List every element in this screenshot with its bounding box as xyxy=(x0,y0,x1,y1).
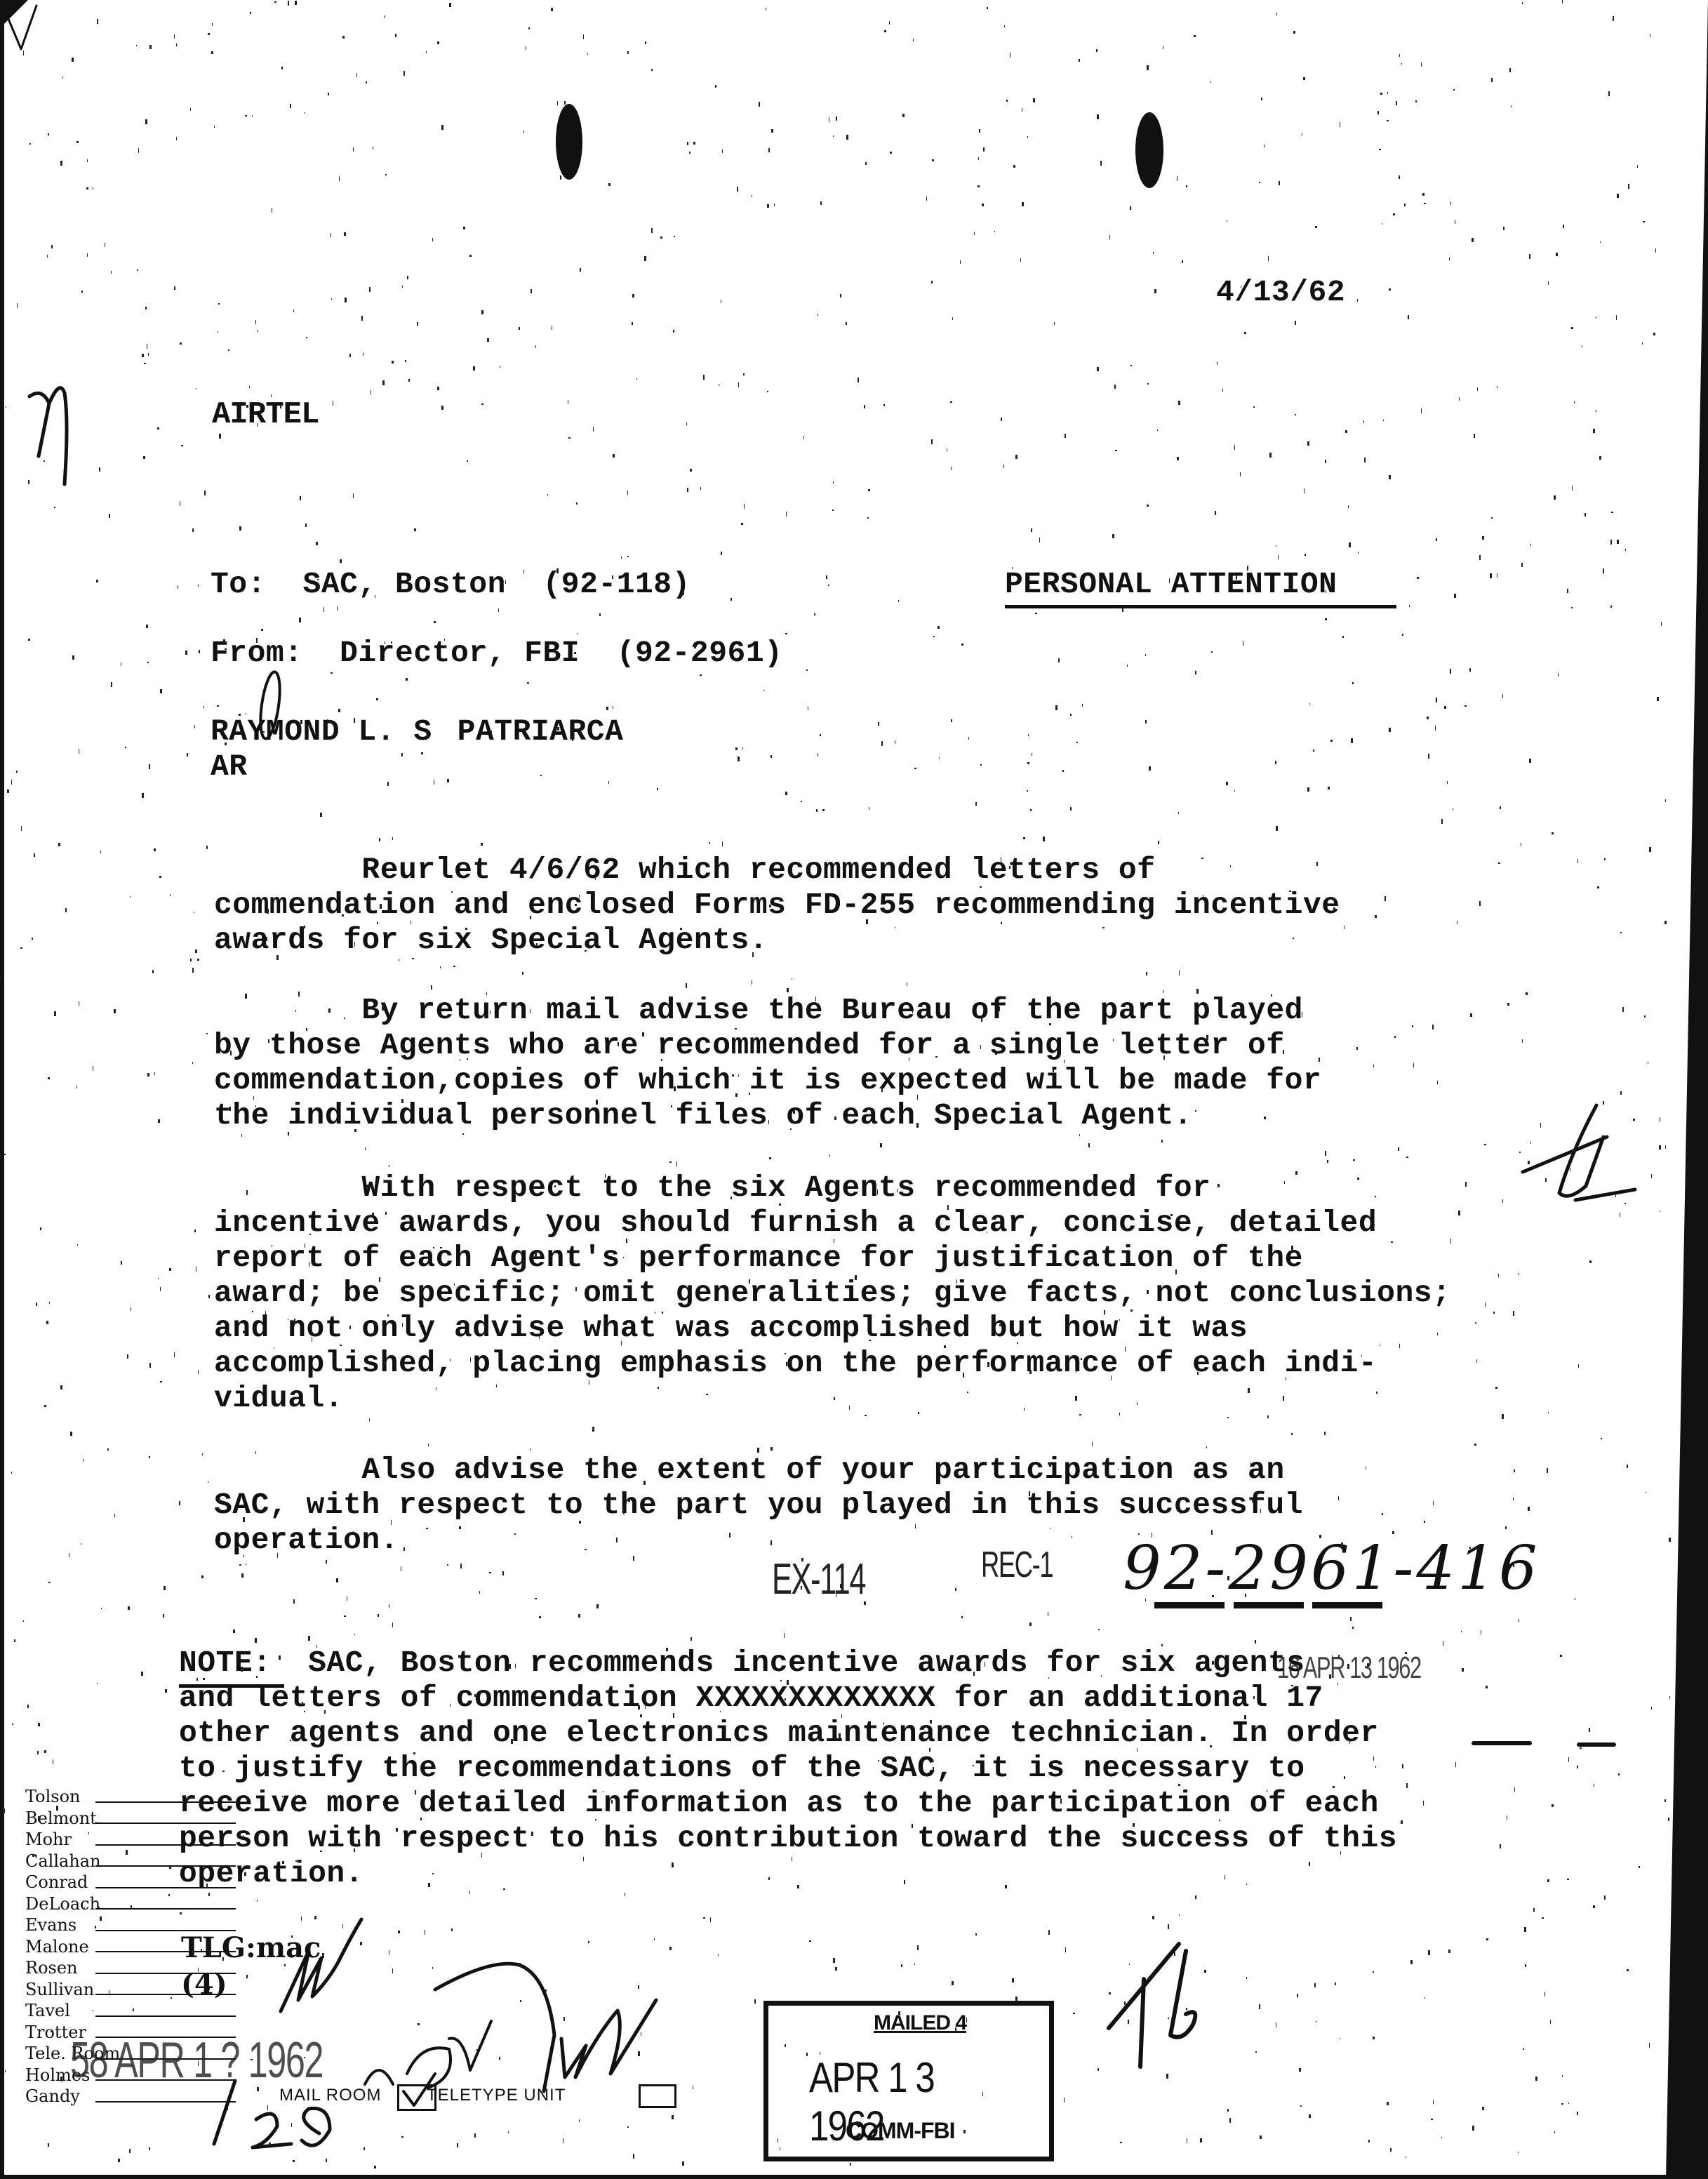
scan-noise xyxy=(1436,538,1437,541)
scan-noise xyxy=(801,801,802,802)
scan-noise xyxy=(1178,812,1179,814)
scan-noise xyxy=(1560,1655,1562,1657)
scan-noise xyxy=(926,1328,927,1331)
scan-noise xyxy=(1065,434,1066,438)
scan-noise xyxy=(939,757,940,759)
scan-noise xyxy=(930,1692,931,1696)
scan-noise xyxy=(255,320,256,324)
scan-noise xyxy=(982,2092,983,2096)
scan-noise xyxy=(531,289,532,293)
scan-noise xyxy=(979,129,980,133)
scan-noise xyxy=(206,1724,208,1726)
scan-noise xyxy=(1267,1790,1267,1792)
scan-noise xyxy=(1552,1804,1554,1807)
scan-noise xyxy=(1530,544,1531,546)
scan-noise xyxy=(317,579,319,580)
scan-noise xyxy=(850,2163,851,2166)
scan-noise xyxy=(1465,705,1467,707)
scan-noise xyxy=(752,952,754,957)
scan-noise xyxy=(721,300,721,303)
scan-noise xyxy=(1303,77,1305,80)
scan-noise xyxy=(568,437,571,439)
scan-noise xyxy=(6,406,6,408)
scan-noise xyxy=(156,2054,156,2055)
scan-noise xyxy=(142,793,144,798)
scan-noise xyxy=(401,2136,403,2138)
scan-noise xyxy=(1284,1181,1285,1184)
scan-noise xyxy=(496,1385,497,1387)
scan-noise xyxy=(249,386,250,388)
scan-noise xyxy=(674,236,675,237)
scan-noise xyxy=(1486,1938,1488,1940)
scan-noise xyxy=(1276,2023,1276,2027)
scan-noise xyxy=(314,1916,316,1919)
scan-noise xyxy=(0,977,1,979)
scan-noise xyxy=(1079,1134,1080,1136)
scan-noise xyxy=(79,1001,79,1006)
scan-noise xyxy=(1006,100,1008,102)
scan-noise xyxy=(1325,460,1326,463)
scan-noise xyxy=(947,1205,949,1210)
scan-noise xyxy=(1279,181,1280,185)
scan-noise xyxy=(1357,299,1358,302)
scan-noise xyxy=(787,1680,789,1685)
scan-noise xyxy=(454,1284,455,1286)
scan-noise xyxy=(1338,1496,1339,1500)
scan-noise xyxy=(878,1760,879,1761)
scan-noise xyxy=(239,1564,241,1566)
scan-noise xyxy=(882,1844,884,1847)
scan-noise xyxy=(194,912,194,913)
scan-noise xyxy=(576,502,578,505)
scan-noise xyxy=(1513,1498,1514,1500)
scan-noise xyxy=(588,1941,589,1943)
scan-noise xyxy=(960,260,961,264)
scan-noise xyxy=(944,1345,946,1348)
scan-noise xyxy=(1659,1145,1661,1150)
scan-noise xyxy=(36,1302,37,1306)
scan-noise xyxy=(1401,63,1402,65)
scan-noise xyxy=(126,1850,128,1855)
scan-noise xyxy=(180,501,180,506)
scan-noise xyxy=(1396,101,1397,105)
scan-noise xyxy=(1519,1273,1519,1275)
scan-noise xyxy=(290,1740,291,1741)
scan-noise xyxy=(612,575,613,579)
scan-noise xyxy=(1325,618,1327,620)
scan-noise xyxy=(1476,1359,1477,1363)
scan-noise xyxy=(987,1232,987,1233)
scan-noise xyxy=(44,460,45,462)
scan-noise xyxy=(1399,54,1400,57)
scan-noise xyxy=(575,1287,577,1291)
scan-noise xyxy=(1577,2112,1578,2115)
scan-noise xyxy=(503,1888,505,1890)
scan-noise xyxy=(1289,1078,1290,1081)
scan-noise xyxy=(1204,1970,1206,1973)
scan-noise xyxy=(881,741,883,746)
scan-noise xyxy=(1435,726,1436,731)
scan-noise xyxy=(149,2147,150,2150)
handwritten-tb-initials xyxy=(1109,1944,1195,2067)
scan-noise xyxy=(7,789,9,793)
scan-noise xyxy=(1227,1417,1229,1418)
scan-noise xyxy=(1373,1757,1374,1761)
scan-noise xyxy=(301,1917,302,1921)
scan-noise xyxy=(288,1132,289,1135)
scan-noise xyxy=(926,1795,927,1799)
scan-noise xyxy=(645,41,646,44)
scan-noise xyxy=(1137,1748,1137,1752)
scan-noise xyxy=(220,1537,220,1540)
scan-noise xyxy=(596,1604,599,1608)
scan-noise xyxy=(1157,429,1158,431)
scan-noise xyxy=(1230,865,1231,867)
scan-noise xyxy=(1022,202,1024,206)
scan-noise xyxy=(54,507,55,508)
scan-noise xyxy=(164,1586,166,1590)
scan-noise xyxy=(1333,1786,1335,1788)
scan-noise xyxy=(1119,1319,1120,1321)
scan-noise xyxy=(792,1857,792,1861)
scan-noise xyxy=(627,2126,629,2128)
scan-noise xyxy=(1145,1599,1146,1601)
scan-noise xyxy=(999,1006,1000,1011)
scan-noise xyxy=(1570,1168,1570,1171)
scan-noise xyxy=(222,1771,225,1772)
scan-noise xyxy=(1399,1344,1400,1348)
scan-noise xyxy=(689,152,690,154)
scan-noise xyxy=(130,896,131,898)
scan-noise xyxy=(1340,1851,1341,1855)
scan-noise xyxy=(1664,921,1667,924)
scan-noise xyxy=(180,1912,182,1914)
scan-noise xyxy=(79,749,79,754)
scan-noise xyxy=(1600,241,1601,243)
scan-noise xyxy=(131,1905,132,1909)
scan-noise xyxy=(168,1894,170,1896)
scan-noise xyxy=(1351,738,1353,743)
scan-noise xyxy=(1572,486,1573,491)
scan-noise xyxy=(291,2123,292,2127)
scan-noise xyxy=(1562,0,1563,4)
scan-noise xyxy=(1203,895,1203,898)
scan-noise xyxy=(1567,1879,1569,1880)
scan-noise xyxy=(1114,385,1116,389)
scan-noise xyxy=(1373,1065,1374,1067)
scan-noise xyxy=(402,286,403,288)
scan-noise xyxy=(983,147,985,152)
scan-noise xyxy=(770,755,772,758)
scan-noise xyxy=(680,928,682,930)
scan-noise xyxy=(211,51,213,54)
scan-noise xyxy=(1177,176,1177,181)
scan-noise xyxy=(482,1226,483,1227)
scan-noise xyxy=(929,1748,930,1752)
scan-noise xyxy=(1382,223,1382,225)
scan-noise xyxy=(623,1510,625,1514)
scan-noise xyxy=(48,1077,50,1079)
scan-noise xyxy=(661,1059,662,1061)
scan-noise xyxy=(1111,1375,1112,1380)
scan-noise xyxy=(1363,420,1364,423)
scan-noise xyxy=(195,949,197,953)
scan-noise xyxy=(253,1096,254,1100)
scan-noise xyxy=(498,608,499,612)
scan-noise xyxy=(147,344,147,349)
scan-noise xyxy=(1475,1322,1476,1324)
scan-noise xyxy=(1453,808,1453,811)
scan-noise xyxy=(956,1279,957,1284)
scan-noise xyxy=(217,705,219,707)
scan-noise xyxy=(1248,1388,1250,1393)
scan-noise xyxy=(554,1185,556,1187)
scan-noise xyxy=(1097,2068,1099,2071)
scan-noise xyxy=(539,1335,540,1339)
scan-noise xyxy=(481,843,483,846)
scan-noise xyxy=(328,93,329,95)
scan-noise xyxy=(626,1239,627,1243)
scan-noise xyxy=(1574,401,1575,404)
scan-noise xyxy=(1283,1396,1284,1401)
scan-noise xyxy=(1519,1619,1519,1622)
scan-noise xyxy=(1544,1992,1545,1997)
scan-noise xyxy=(1337,1683,1338,1685)
scan-noise xyxy=(93,187,93,189)
scan-noise xyxy=(778,2138,778,2143)
scan-noise xyxy=(865,162,867,165)
scan-noise xyxy=(1234,790,1235,792)
scan-noise xyxy=(1170,1214,1173,1216)
scan-noise xyxy=(375,1324,378,1326)
scan-noise xyxy=(77,1244,78,1246)
scan-noise xyxy=(785,1353,786,1354)
scan-noise xyxy=(474,2133,476,2138)
scan-noise xyxy=(1660,1211,1660,1212)
scan-noise xyxy=(706,1394,708,1395)
scan-noise xyxy=(579,895,580,898)
scan-noise xyxy=(768,1120,769,1124)
scan-noise xyxy=(417,322,418,326)
scan-noise xyxy=(1424,1521,1425,1523)
scan-noise xyxy=(978,185,980,187)
scan-noise xyxy=(165,1689,167,1693)
scan-noise xyxy=(218,331,218,333)
scan-noise xyxy=(374,2166,376,2168)
scan-noise xyxy=(1469,668,1471,672)
scan-noise xyxy=(770,1540,772,1545)
scan-noise xyxy=(1313,749,1314,752)
scan-noise xyxy=(723,1692,724,1696)
scan-noise xyxy=(605,1174,606,1178)
scan-noise xyxy=(999,1324,1001,1326)
scan-noise xyxy=(293,1599,295,1604)
scan-noise xyxy=(198,1968,199,1972)
scan-noise xyxy=(1610,540,1612,545)
scan-noise xyxy=(1505,1526,1507,1529)
scan-noise xyxy=(673,1713,674,1718)
scan-noise xyxy=(1309,572,1310,575)
scan-noise xyxy=(202,1453,203,1455)
scan-noise xyxy=(613,454,615,458)
scan-noise xyxy=(640,1714,642,1717)
scan-noise xyxy=(867,517,869,519)
scan-noise xyxy=(1469,1547,1471,1549)
scan-noise xyxy=(451,1928,453,1931)
scan-noise xyxy=(255,1105,256,1107)
scan-noise xyxy=(1554,2131,1555,2133)
scan-noise xyxy=(982,204,984,206)
scan-noise xyxy=(1158,841,1159,844)
scan-noise xyxy=(230,1051,232,1055)
scan-noise xyxy=(666,1648,668,1651)
scan-noise xyxy=(225,648,227,650)
scan-noise xyxy=(1259,182,1260,183)
scan-noise xyxy=(72,655,74,660)
scan-noise xyxy=(257,423,258,427)
scan-noise xyxy=(1603,1101,1604,1105)
scan-noise xyxy=(729,1533,730,1538)
scan-noise xyxy=(1617,194,1619,198)
scan-noise xyxy=(623,1257,624,1258)
scan-noise xyxy=(1550,2020,1551,2024)
scan-noise xyxy=(801,1586,802,1590)
scan-noise xyxy=(1072,1536,1072,1538)
scan-noise xyxy=(1079,1414,1081,1415)
scan-noise xyxy=(291,1935,293,1938)
scan-noise xyxy=(1043,837,1045,841)
scan-noise xyxy=(1246,1884,1247,1885)
scan-noise xyxy=(914,1964,915,1965)
scan-noise xyxy=(1474,1565,1475,1568)
scan-noise xyxy=(523,131,524,133)
scan-noise xyxy=(658,1387,659,1389)
scan-noise xyxy=(252,115,253,116)
scan-noise xyxy=(414,528,416,531)
scan-noise xyxy=(545,1990,547,1992)
scan-noise xyxy=(1180,1512,1181,1514)
scan-noise xyxy=(1302,1012,1302,1017)
scan-noise xyxy=(1027,136,1028,138)
scan-noise xyxy=(749,1279,750,1284)
scan-noise xyxy=(780,2147,780,2150)
scan-noise xyxy=(246,1190,248,1195)
scan-noise xyxy=(1001,922,1002,924)
scan-noise xyxy=(1015,455,1018,459)
scan-noise xyxy=(14,1639,15,1642)
scan-noise xyxy=(421,1285,422,1290)
scan-noise xyxy=(1513,1563,1514,1567)
scan-noise xyxy=(51,245,53,248)
scan-noise xyxy=(87,253,88,257)
scan-noise xyxy=(1291,1433,1293,1435)
scan-noise xyxy=(133,2008,134,2011)
scan-noise xyxy=(1150,112,1152,117)
scan-noise xyxy=(109,514,110,518)
scan-noise xyxy=(834,1117,836,1120)
scan-noise xyxy=(519,327,520,330)
scan-noise xyxy=(1387,2102,1389,2105)
scan-noise xyxy=(907,982,907,986)
scan-noise xyxy=(426,1528,428,1529)
scan-noise xyxy=(243,1331,245,1333)
scan-noise xyxy=(1616,315,1617,320)
scan-noise xyxy=(834,1397,835,1400)
scan-noise xyxy=(371,390,371,394)
scan-noise xyxy=(376,698,378,700)
scan-noise xyxy=(1484,1144,1486,1145)
scan-noise xyxy=(180,342,182,345)
scan-noise xyxy=(277,1553,278,1558)
scan-noise xyxy=(1450,669,1451,674)
scan-noise xyxy=(1039,538,1040,542)
scan-noise xyxy=(1075,1396,1077,1401)
scan-noise xyxy=(547,494,548,495)
scan-noise xyxy=(968,737,969,740)
scan-noise xyxy=(836,116,837,121)
scan-noise xyxy=(1424,203,1426,204)
scan-noise xyxy=(1637,165,1638,168)
scan-noise xyxy=(700,674,702,676)
scan-noise xyxy=(1020,258,1021,262)
scan-noise xyxy=(433,1247,434,1248)
scan-noise xyxy=(579,2119,580,2122)
scan-noise xyxy=(1169,578,1170,583)
scan-noise xyxy=(662,1312,663,1314)
scan-noise xyxy=(174,34,175,39)
scan-noise xyxy=(1579,1149,1581,1150)
scan-noise xyxy=(638,1705,640,1710)
scan-noise xyxy=(1243,641,1243,646)
scan-noise xyxy=(752,980,752,985)
scan-noise xyxy=(1276,545,1276,547)
scan-noise xyxy=(369,287,371,292)
scan-noise xyxy=(1608,91,1610,96)
scan-noise xyxy=(1271,994,1272,997)
scan-noise xyxy=(118,2159,120,2162)
scan-noise xyxy=(1358,552,1359,554)
scan-noise xyxy=(774,204,775,206)
scan-noise xyxy=(1454,594,1456,598)
scan-noise xyxy=(407,276,408,279)
scan-noise xyxy=(453,966,455,967)
scan-noise xyxy=(833,1958,835,1963)
scan-noise xyxy=(1620,1213,1620,1217)
scan-noise xyxy=(1342,636,1344,638)
scan-noise xyxy=(1069,863,1071,866)
scan-noise xyxy=(302,1702,303,1705)
scan-noise xyxy=(28,480,29,484)
scan-noise xyxy=(489,1572,491,1573)
scan-noise xyxy=(125,747,126,748)
scan-noise xyxy=(511,1739,513,1744)
scan-noise xyxy=(694,646,696,648)
scan-noise xyxy=(1304,488,1305,493)
scan-noise xyxy=(1649,2043,1650,2048)
scan-noise xyxy=(1548,281,1549,285)
scan-noise xyxy=(763,690,764,691)
scan-noise xyxy=(1459,397,1460,401)
scan-noise xyxy=(621,1341,622,1345)
scan-noise xyxy=(1065,1947,1066,1952)
scan-noise xyxy=(149,1456,150,1458)
scan-noise xyxy=(1349,1739,1350,1744)
scan-noise xyxy=(912,1824,913,1828)
scan-noise xyxy=(832,509,834,511)
scan-noise xyxy=(1356,1047,1358,1050)
scan-noise xyxy=(749,1093,750,1095)
scan-noise xyxy=(1562,2075,1563,2077)
